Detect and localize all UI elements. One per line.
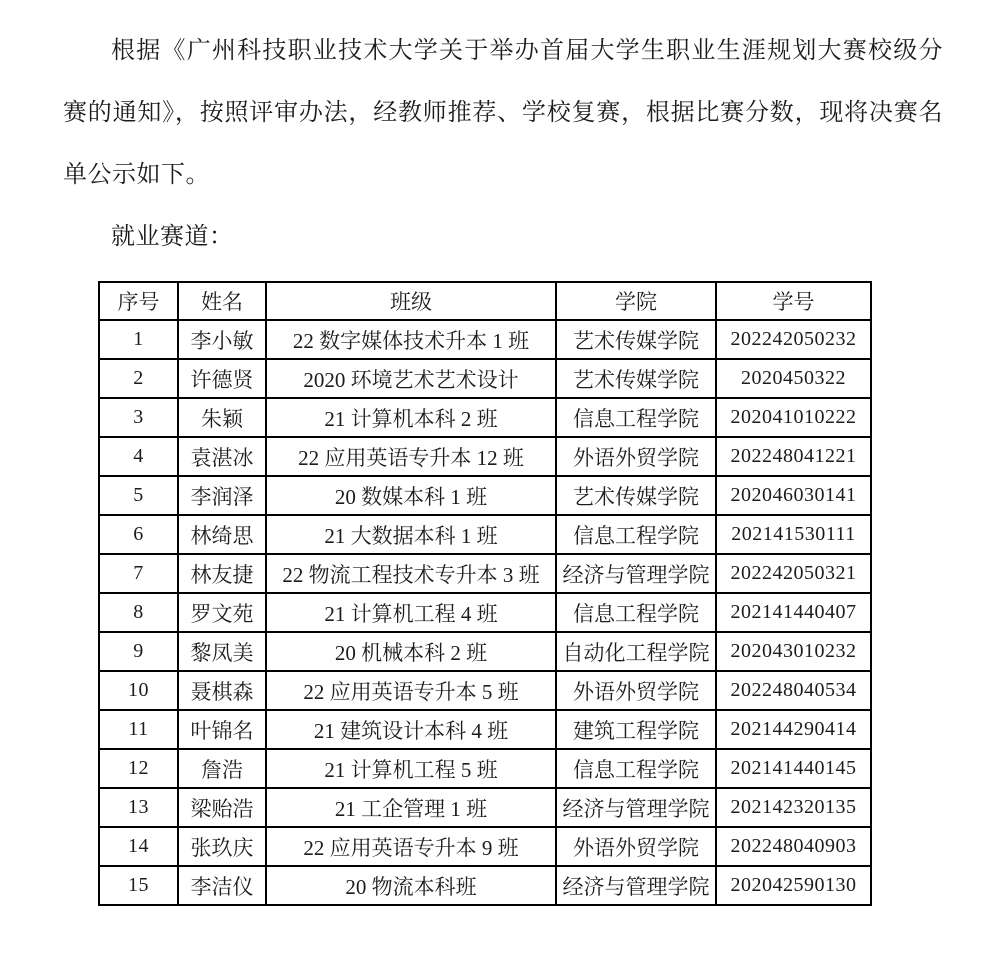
- table-cell-name: 聂棋森: [178, 671, 266, 710]
- table-cell-student-id: 202043010232: [716, 632, 871, 671]
- table-cell-college: 自动化工程学院: [556, 632, 716, 671]
- table-row: 2许德贤2020 环境艺术艺术设计艺术传媒学院2020450322: [99, 359, 871, 398]
- table-header: 序号 姓名 班级 学院 学号: [99, 282, 871, 320]
- table-cell-name: 李洁仪: [178, 866, 266, 905]
- table-cell-student-id: 202242050321: [716, 554, 871, 593]
- table-cell-class: 22 应用英语专升本 5 班: [266, 671, 556, 710]
- table-cell-student-id: 202248041221: [716, 437, 871, 476]
- table-cell-student-id: 202248040903: [716, 827, 871, 866]
- table-row: 7林友捷22 物流工程技术专升本 3 班经济与管理学院202242050321: [99, 554, 871, 593]
- table-row: 1李小敏22 数字媒体技术升本 1 班艺术传媒学院202242050232: [99, 320, 871, 359]
- table-cell-college: 经济与管理学院: [556, 788, 716, 827]
- table-row: 11叶锦名21 建筑设计本科 4 班建筑工程学院202144290414: [99, 710, 871, 749]
- table-cell-class: 21 工企管理 1 班: [266, 788, 556, 827]
- table-cell-student-id: 202141440145: [716, 749, 871, 788]
- table-cell-college: 信息工程学院: [556, 515, 716, 554]
- table-cell-college: 艺术传媒学院: [556, 476, 716, 515]
- table-cell-index: 3: [99, 398, 178, 437]
- table-cell-name: 许德贤: [178, 359, 266, 398]
- column-header-index: 序号: [99, 282, 178, 320]
- section-label-employment-track: 就业赛道：: [63, 206, 943, 268]
- table-cell-index: 15: [99, 866, 178, 905]
- table-cell-name: 詹浩: [178, 749, 266, 788]
- table-cell-college: 外语外贸学院: [556, 671, 716, 710]
- table-cell-class: 22 应用英语专升本 12 班: [266, 437, 556, 476]
- table-cell-college: 经济与管理学院: [556, 554, 716, 593]
- table-cell-index: 6: [99, 515, 178, 554]
- table-cell-class: 2020 环境艺术艺术设计: [266, 359, 556, 398]
- table-cell-class: 21 大数据本科 1 班: [266, 515, 556, 554]
- table-cell-college: 建筑工程学院: [556, 710, 716, 749]
- table-cell-index: 11: [99, 710, 178, 749]
- column-header-class: 班级: [266, 282, 556, 320]
- table-row: 3朱颖21 计算机本科 2 班信息工程学院202041010222: [99, 398, 871, 437]
- table-cell-name: 叶锦名: [178, 710, 266, 749]
- table-cell-student-id: 202248040534: [716, 671, 871, 710]
- table-cell-student-id: 202046030141: [716, 476, 871, 515]
- table-row: 13梁贻浩21 工企管理 1 班经济与管理学院202142320135: [99, 788, 871, 827]
- table-cell-student-id: 202141530111: [716, 515, 871, 554]
- table-row: 12詹浩21 计算机工程 5 班信息工程学院202141440145: [99, 749, 871, 788]
- table-cell-college: 信息工程学院: [556, 593, 716, 632]
- table-cell-student-id: 202142320135: [716, 788, 871, 827]
- table-row: 15李洁仪20 物流本科班经济与管理学院202042590130: [99, 866, 871, 905]
- table-cell-name: 袁湛冰: [178, 437, 266, 476]
- table-cell-class: 22 数字媒体技术升本 1 班: [266, 320, 556, 359]
- table-cell-name: 李润泽: [178, 476, 266, 515]
- table-cell-index: 7: [99, 554, 178, 593]
- table-cell-student-id: 202141440407: [716, 593, 871, 632]
- table-cell-name: 梁贻浩: [178, 788, 266, 827]
- table-cell-index: 9: [99, 632, 178, 671]
- table-cell-student-id: 2020450322: [716, 359, 871, 398]
- table-cell-class: 21 建筑设计本科 4 班: [266, 710, 556, 749]
- table-cell-index: 1: [99, 320, 178, 359]
- table-row: 9黎凤美20 机械本科 2 班自动化工程学院202043010232: [99, 632, 871, 671]
- table-header-row: 序号 姓名 班级 学院 学号: [99, 282, 871, 320]
- table-cell-college: 外语外贸学院: [556, 437, 716, 476]
- table-cell-index: 10: [99, 671, 178, 710]
- notice-paragraph: 根据《广州科技职业技术大学关于举办首届大学生职业生涯规划大赛校级分赛的通知》，按…: [63, 20, 943, 206]
- document-page: 根据《广州科技职业技术大学关于举办首届大学生职业生涯规划大赛校级分赛的通知》，按…: [0, 0, 981, 973]
- table-cell-college: 信息工程学院: [556, 398, 716, 437]
- table-cell-name: 罗文苑: [178, 593, 266, 632]
- table-cell-class: 20 数媒本科 1 班: [266, 476, 556, 515]
- table-row: 10聂棋森22 应用英语专升本 5 班外语外贸学院202248040534: [99, 671, 871, 710]
- table-row: 14张玖庆22 应用英语专升本 9 班外语外贸学院202248040903: [99, 827, 871, 866]
- table-cell-index: 14: [99, 827, 178, 866]
- finalist-table: 序号 姓名 班级 学院 学号 1李小敏22 数字媒体技术升本 1 班艺术传媒学院…: [98, 281, 872, 906]
- table-cell-college: 艺术传媒学院: [556, 359, 716, 398]
- table-cell-student-id: 202041010222: [716, 398, 871, 437]
- table-cell-name: 黎凤美: [178, 632, 266, 671]
- table-cell-student-id: 202042590130: [716, 866, 871, 905]
- table-cell-college: 经济与管理学院: [556, 866, 716, 905]
- table-cell-index: 8: [99, 593, 178, 632]
- table-cell-student-id: 202144290414: [716, 710, 871, 749]
- table-cell-class: 21 计算机工程 4 班: [266, 593, 556, 632]
- table-cell-college: 艺术传媒学院: [556, 320, 716, 359]
- table-cell-class: 21 计算机工程 5 班: [266, 749, 556, 788]
- table-cell-name: 林友捷: [178, 554, 266, 593]
- table-cell-index: 2: [99, 359, 178, 398]
- table-cell-name: 张玖庆: [178, 827, 266, 866]
- table-cell-college: 外语外贸学院: [556, 827, 716, 866]
- table-cell-index: 12: [99, 749, 178, 788]
- table-cell-class: 22 物流工程技术专升本 3 班: [266, 554, 556, 593]
- table-row: 8罗文苑21 计算机工程 4 班信息工程学院202141440407: [99, 593, 871, 632]
- column-header-student-id: 学号: [716, 282, 871, 320]
- table-cell-name: 林绮思: [178, 515, 266, 554]
- table-cell-name: 朱颖: [178, 398, 266, 437]
- table-row: 5李润泽20 数媒本科 1 班艺术传媒学院202046030141: [99, 476, 871, 515]
- column-header-college: 学院: [556, 282, 716, 320]
- table-cell-class: 21 计算机本科 2 班: [266, 398, 556, 437]
- table-cell-name: 李小敏: [178, 320, 266, 359]
- table-row: 6林绮思21 大数据本科 1 班信息工程学院202141530111: [99, 515, 871, 554]
- table-cell-class: 20 机械本科 2 班: [266, 632, 556, 671]
- table-cell-index: 4: [99, 437, 178, 476]
- table-row: 4袁湛冰22 应用英语专升本 12 班外语外贸学院202248041221: [99, 437, 871, 476]
- table-cell-class: 22 应用英语专升本 9 班: [266, 827, 556, 866]
- column-header-name: 姓名: [178, 282, 266, 320]
- table-cell-index: 13: [99, 788, 178, 827]
- table-cell-index: 5: [99, 476, 178, 515]
- table-cell-student-id: 202242050232: [716, 320, 871, 359]
- table-cell-class: 20 物流本科班: [266, 866, 556, 905]
- table-cell-college: 信息工程学院: [556, 749, 716, 788]
- table-body: 1李小敏22 数字媒体技术升本 1 班艺术传媒学院2022420502322许德…: [99, 320, 871, 905]
